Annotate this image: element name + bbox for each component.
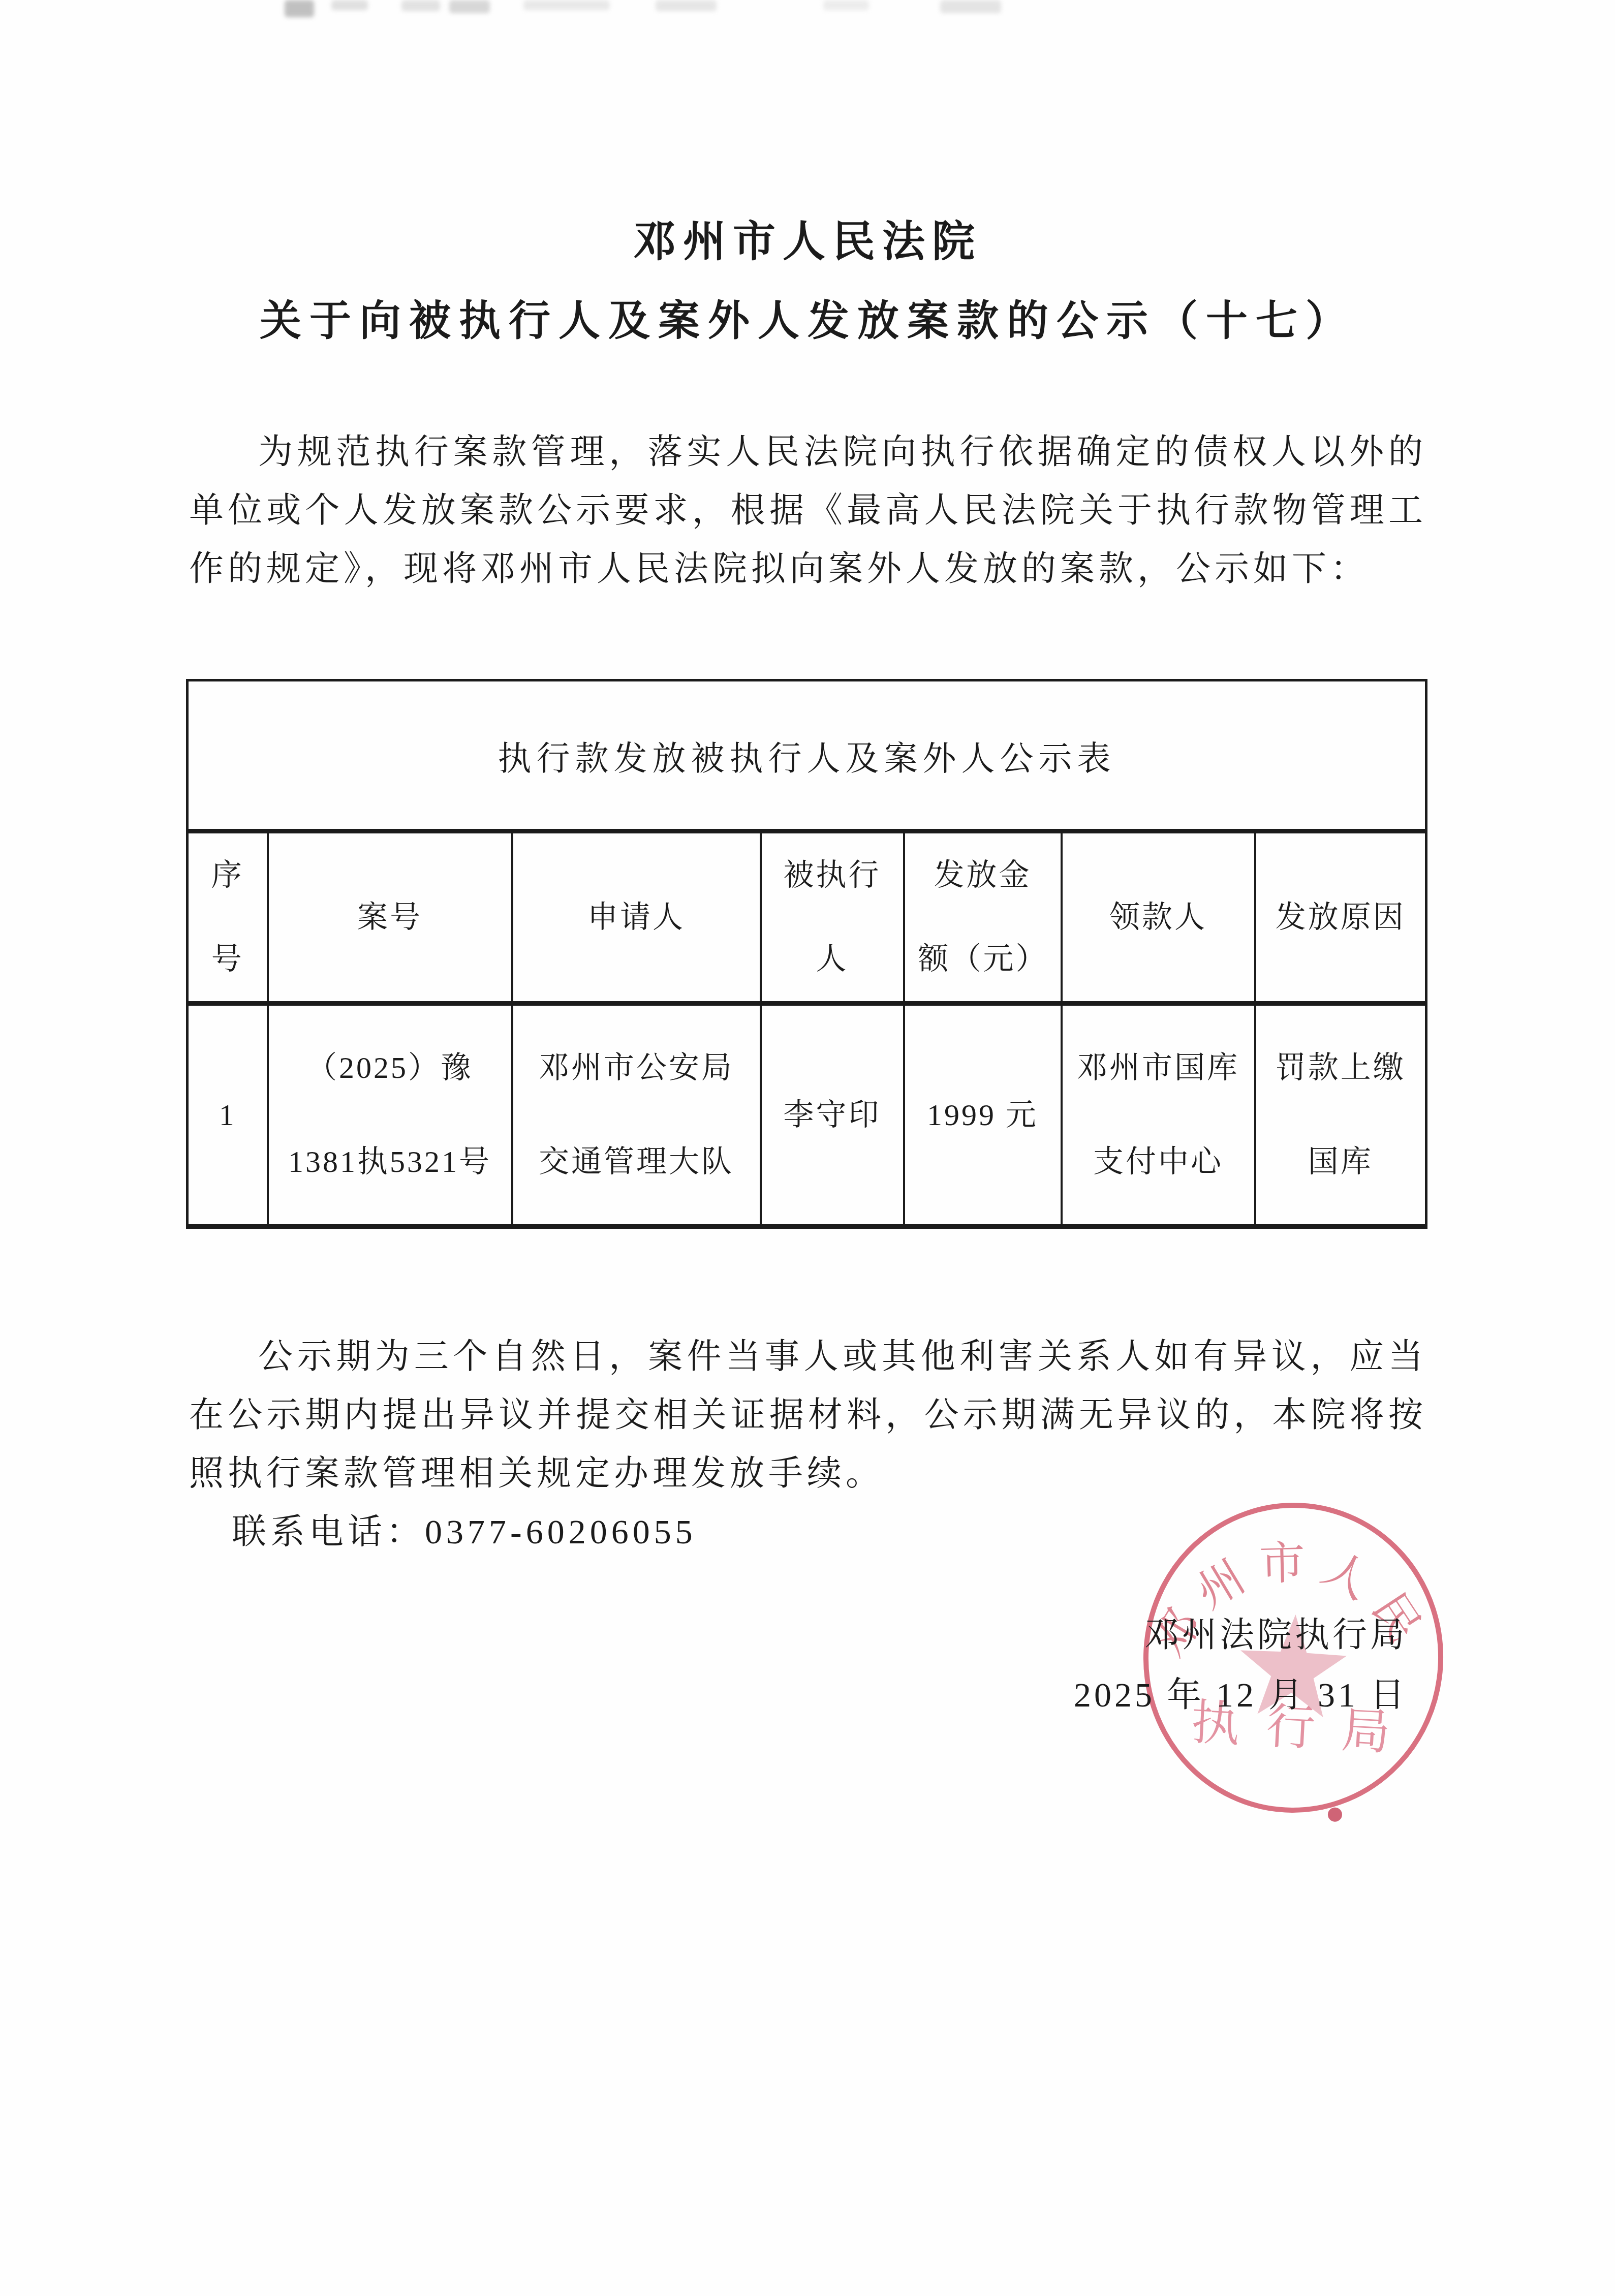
col-header-executee: 被执行人 bbox=[761, 831, 904, 1004]
col-header-payee: 领款人 bbox=[1062, 831, 1255, 1004]
scan-artifact bbox=[285, 0, 314, 17]
scanned-court-notice-page: 邓州市人民法院 关于向被执行人及案外人发放案款的公示（十七） 为规范执行案款管理… bbox=[0, 0, 1615, 2296]
scan-artifact bbox=[823, 0, 869, 10]
cell-applicant: 邓州市公安局交通管理大队 bbox=[512, 1004, 761, 1227]
col-header-reason: 发放原因 bbox=[1255, 831, 1426, 1004]
cell-case-no: （2025）豫1381执5321号 bbox=[268, 1004, 512, 1227]
signature-block: 邓州法院执行局 2025 年 12 月 31 日 bbox=[1074, 1605, 1408, 1725]
cell-amount: 1999 元 bbox=[904, 1004, 1062, 1227]
col-header-applicant: 申请人 bbox=[512, 831, 761, 1004]
col-header-seq: 序号 bbox=[188, 831, 268, 1004]
signature-department: 邓州法院执行局 bbox=[1074, 1605, 1408, 1665]
intro-paragraph: 为规范执行案款管理，落实人民法院向执行依据确定的债权人以外的单位或个人发放案款公… bbox=[189, 423, 1427, 598]
cell-payee: 邓州市国库支付中心 bbox=[1062, 1004, 1255, 1227]
table-row: 1 （2025）豫1381执5321号 邓州市公安局交通管理大队 李守印 199… bbox=[188, 1004, 1426, 1227]
table-header-row: 序号 案号 申请人 被执行人 发放金额（元） 领款人 发放原因 bbox=[188, 831, 1426, 1004]
scan-artifact bbox=[449, 0, 490, 13]
cell-seq: 1 bbox=[188, 1004, 268, 1227]
case-funds-table: 执行款发放被执行人及案外人公示表 序号 案号 申请人 被执行人 发放金额（元） … bbox=[186, 679, 1427, 1229]
page-title: 邓州市人民法院 bbox=[0, 207, 1615, 269]
col-header-amount: 发放金额（元） bbox=[904, 831, 1062, 1004]
signature-date: 2025 年 12 月 31 日 bbox=[1074, 1665, 1408, 1725]
scan-artifact bbox=[656, 0, 717, 11]
col-header-case-no: 案号 bbox=[268, 831, 512, 1004]
scan-artifact bbox=[940, 0, 1001, 13]
cell-executee: 李守印 bbox=[761, 1004, 904, 1227]
cell-reason: 罚款上缴国库 bbox=[1255, 1004, 1426, 1227]
scan-artifact bbox=[401, 0, 440, 11]
table-title: 执行款发放被执行人及案外人公示表 bbox=[188, 680, 1426, 831]
scan-artifact bbox=[331, 0, 368, 10]
page-subtitle: 关于向被执行人及案外人发放案款的公示（十七） bbox=[0, 288, 1615, 347]
notice-paragraph: 公示期为三个自然日，案件当事人或其他利害关系人如有异议，应当在公示期内提出异议并… bbox=[189, 1327, 1427, 1503]
scan-artifact bbox=[523, 0, 610, 10]
table-title-row: 执行款发放被执行人及案外人公示表 bbox=[188, 680, 1426, 831]
seal-ink-dot bbox=[1327, 1807, 1342, 1822]
